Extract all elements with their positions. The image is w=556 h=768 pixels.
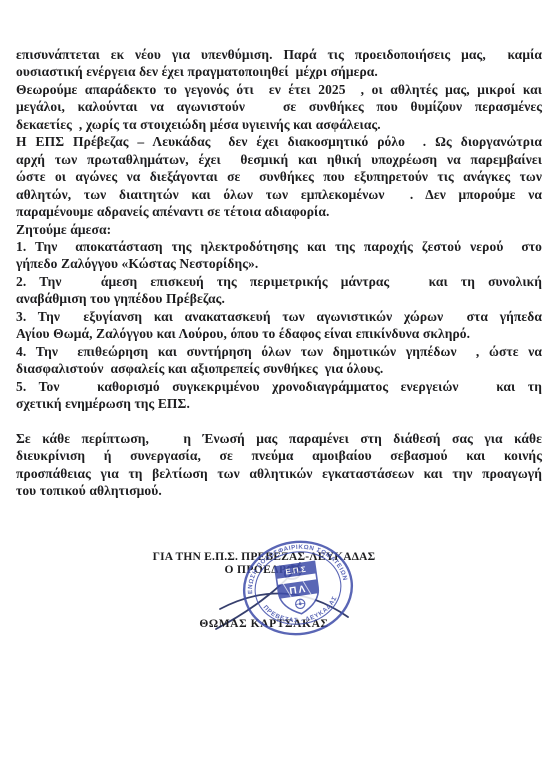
text-line: Σε κάθε περίπτωση, η Ένωσή μας παραμένει…	[16, 430, 542, 447]
paragraph: Σε κάθε περίπτωση, η Ένωσή μας παραμένει…	[16, 430, 542, 500]
text-line: 1. Την αποκατάσταση της ηλεκτροδότησης κ…	[16, 238, 542, 255]
signature-block: ΓΙΑ ΤΗΝ Ε.Π.Σ. ΠΡΕΒΕΖΑΣ-ΛΕΥΚΑΔΑΣ Ο ΠΡΟΕΔ…	[114, 551, 414, 631]
paragraph: 5. Τον καθορισμό συγκεκριμένου χρονοδιαγ…	[16, 378, 542, 413]
paragraph: Η ΕΠΣ Πρέβεζας – Λευκάδας δεν έχει διακο…	[16, 133, 542, 220]
text-line: διευκρίνιση ή συνεργασία, σε πνεύμα αμοι…	[16, 447, 542, 464]
text-line: Η ΕΠΣ Πρέβεζας – Λευκάδας δεν έχει διακο…	[16, 133, 542, 150]
paragraph: Θεωρούμε απαράδεκτο το γεγονός ότι εν έτ…	[16, 81, 542, 133]
text-line: 5. Τον καθορισμό συγκεκριμένου χρονοδιαγ…	[16, 378, 542, 395]
scanned-letter-page: επισυνάπτεται εκ νέου για υπενθύμιση. Πα…	[0, 0, 556, 768]
text-line: 2. Την άμεση επισκευή της περιμετρικής μ…	[16, 273, 542, 290]
signature-name: ΘΩΜΑΣ ΚΑΡΤΣΑΚΑΣ	[114, 618, 414, 631]
text-line: Ζητούμε άμεσα:	[16, 221, 542, 238]
text-line: αναβάθμιση του γηπέδου Πρέβεζας.	[16, 290, 542, 307]
text-line: σχετική ενημέρωση της ΕΠΣ.	[16, 395, 542, 412]
body-text: επισυνάπτεται εκ νέου για υπενθύμιση. Πα…	[16, 46, 542, 500]
text-line: μεγάλοι, καλούνται να αγωνιστούν σε συνθ…	[16, 98, 542, 115]
text-line: Αγίου Θωμά, Ζαλόγγου και Λούρου, όπου το…	[16, 325, 542, 342]
text-line: προσπάθειας για τη βελτίωση των αθλητικώ…	[16, 465, 542, 482]
text-line: 4. Την επιθεώρηση και συντήρηση όλων των…	[16, 343, 542, 360]
paragraph: 4. Την επιθεώρηση και συντήρηση όλων των…	[16, 343, 542, 378]
paragraph: 2. Την άμεση επισκευή της περιμετρικής μ…	[16, 273, 542, 308]
text-line: Θεωρούμε απαράδεκτο το γεγονός ότι εν έτ…	[16, 81, 542, 98]
text-line: παραμένουμε αδρανείς απέναντι σε τέτοια …	[16, 203, 542, 220]
text-line: αθλητών, των διαιτητών και όλων των εμπλ…	[16, 186, 542, 203]
paragraph: 1. Την αποκατάσταση της ηλεκτροδότησης κ…	[16, 238, 542, 273]
text-line: 3. Την εξυγίανση και ανακατασκευή των αγ…	[16, 308, 542, 325]
text-line: ουσιαστική ενέργεια δεν έχει πραγματοποι…	[16, 63, 542, 80]
paragraph: 3. Την εξυγίανση και ανακατασκευή των αγ…	[16, 308, 542, 343]
text-line: δεκαετίες , χωρίς τα στοιχειώδη μέσα υγι…	[16, 116, 542, 133]
text-line: αρχή των πρωταθλημάτων, έχει θεσμική και…	[16, 151, 542, 168]
text-line: διασφαλιστούν ασφαλείς και αξιοπρεπείς σ…	[16, 360, 542, 377]
paragraph: Ζητούμε άμεσα:	[16, 221, 542, 238]
signature-for-line: ΓΙΑ ΤΗΝ Ε.Π.Σ. ΠΡΕΒΕΖΑΣ-ΛΕΥΚΑΔΑΣ	[114, 551, 414, 564]
signature-title-line: Ο ΠΡΟΕΔΡΟΣ	[114, 564, 414, 577]
text-line: του τοπικού αθλητισμού.	[16, 482, 542, 499]
text-line: γήπεδο Ζαλόγγου «Κώστας Νεστορίδης».	[16, 255, 542, 272]
paragraph: επισυνάπτεται εκ νέου για υπενθύμιση. Πα…	[16, 46, 542, 81]
text-line: ώστε οι αγώνες να διεξάγονται σε συνθήκε…	[16, 168, 542, 185]
text-line: επισυνάπτεται εκ νέου για υπενθύμιση. Πα…	[16, 46, 542, 63]
